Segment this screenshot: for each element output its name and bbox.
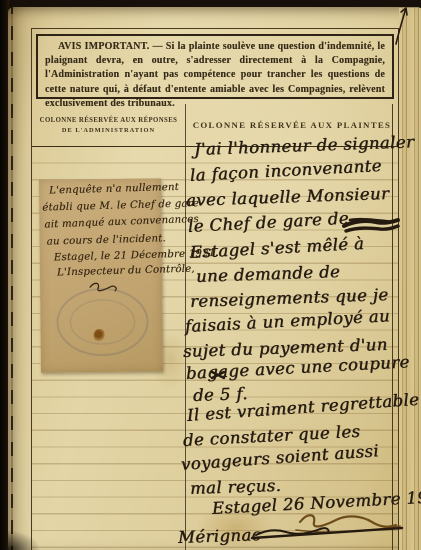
inspector-signature — [90, 283, 116, 291]
column-header-administration: COLONNE RÉSERVÉE AUX RÉPONSES DE L'ADMIN… — [32, 104, 185, 146]
admin-header-line1: COLONNE RÉSERVÉE AUX RÉPONSES — [40, 117, 178, 124]
binding-stitches — [11, 0, 13, 550]
complaint-line: mal reçus. — [190, 476, 282, 498]
important-notice-box: AVIS IMPORTANT. — Si la plainte soulève … — [36, 34, 394, 99]
scanned-register-page: AVIS IMPORTANT. — Si la plainte soulève … — [0, 0, 421, 550]
pasted-response-note: L'enquête n'a nullement établi que M. le… — [39, 178, 163, 372]
faint-round-stamp — [57, 289, 148, 356]
note-stain-spot — [94, 329, 105, 342]
page-stack-edge — [399, 8, 421, 550]
note-line: au cours de l'incident. — [46, 233, 166, 247]
plaintes-header-label: COLONNE RÉSERVÉE AUX PLAINTES — [193, 120, 391, 130]
note-line: L'enquête n'a nullement — [49, 182, 179, 197]
important-notice-title: AVIS IMPORTANT. — [58, 41, 149, 52]
complaint-closing-name: Mérignac — [178, 525, 262, 547]
page-corner-shadow — [8, 522, 54, 550]
admin-header-line2: DE L'ADMINISTRATION — [62, 127, 155, 134]
important-notice-text: AVIS IMPORTANT. — Si la plainte soulève … — [45, 40, 385, 111]
inner-right-border — [392, 104, 393, 550]
